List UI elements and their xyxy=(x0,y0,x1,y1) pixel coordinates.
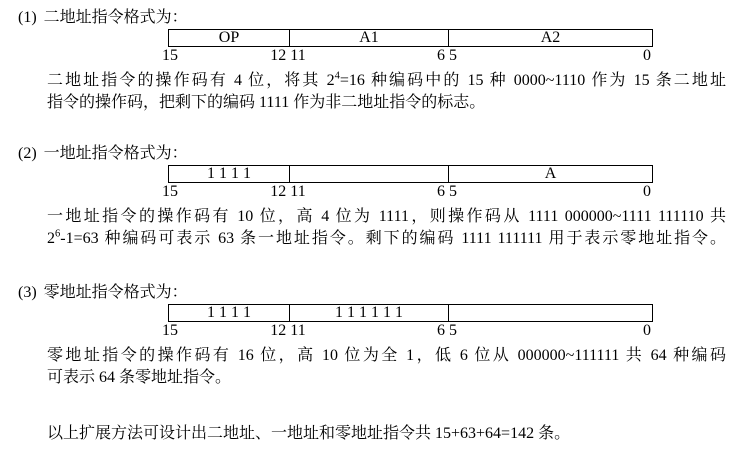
conclusion-paragraph: 以上扩展方法可设计出二地址、一地址和零地址指令共 15+63+64=142 条。 xyxy=(47,423,726,445)
bit-label-15: 15 xyxy=(162,48,178,64)
instruction-format-diagram: 1 1 1 1 1 1 1 1 1 1 15 12 11 6 5 0 xyxy=(168,304,653,340)
bit-label-0: 0 xyxy=(643,48,651,64)
section-paragraph: 一地址指令的操作码有 10 位，高 4 位为 1111，则操作码从 1111 0… xyxy=(47,206,726,250)
section-number: (2) xyxy=(18,145,37,162)
text-run: =16 种编码中的 15 种 0000~1110 作为 15 条二地址 xyxy=(340,72,726,89)
bit-label-15: 15 xyxy=(162,184,178,200)
section-number: (3) xyxy=(18,284,37,301)
field-opcode-111111: 1 1 1 1 1 1 xyxy=(289,305,448,321)
section-zero-address: (3)零地址指令格式为： 1 1 1 1 1 1 1 1 1 1 15 12 1… xyxy=(18,283,726,389)
document-page: (1)二地址指令格式为： OP A1 A2 15 12 11 6 5 0 二地址… xyxy=(0,0,746,474)
bit-label-0: 0 xyxy=(643,184,651,200)
bit-label-0: 0 xyxy=(643,323,651,339)
section-heading: (1)二地址指令格式为： xyxy=(18,8,726,28)
instruction-format-diagram: OP A1 A2 15 12 11 6 5 0 xyxy=(168,29,653,65)
section-heading: (2)一地址指令格式为： xyxy=(18,144,726,164)
bit-label-15: 15 xyxy=(162,323,178,339)
paragraph-line: 可表示 64 条零地址指令。 xyxy=(47,367,726,389)
conclusion-line: 以上扩展方法可设计出二地址、一地址和零地址指令共 15+63+64=142 条。 xyxy=(47,423,726,445)
field-a: A xyxy=(448,166,652,182)
text-run: 二地址指令的操作码有 4 位，将其 2 xyxy=(47,72,335,89)
bit-number-row: 15 12 11 6 5 0 xyxy=(168,183,653,201)
field-opcode-1111: 1 1 1 1 xyxy=(169,305,289,321)
section-heading: (3)零地址指令格式为： xyxy=(18,283,726,303)
section-one-address: (2)一地址指令格式为： 1 1 1 1 A 15 12 11 6 5 0 一地… xyxy=(18,144,726,250)
paragraph-line: 指令的操作码，把剩下的编码 1111 作为非二地址指令的标志。 xyxy=(47,92,726,114)
bit-label-12-11: 12 11 xyxy=(270,48,305,64)
bit-label-6-5: 6 5 xyxy=(437,48,457,64)
bit-number-row: 15 12 11 6 5 0 xyxy=(168,47,653,65)
text-run: 2 xyxy=(47,230,55,247)
bit-field-box: 1 1 1 1 A xyxy=(168,165,653,183)
section-number: (1) xyxy=(18,9,37,26)
section-two-address: (1)二地址指令格式为： OP A1 A2 15 12 11 6 5 0 二地址… xyxy=(18,8,726,114)
text-run: -1=63 种编码可表示 63 条一地址指令。剩下的编码 1111 111111… xyxy=(60,230,726,247)
section-paragraph: 零地址指令的操作码有 16 位，高 10 位为全 1，低 6 位从 000000… xyxy=(47,345,726,389)
paragraph-line: 一地址指令的操作码有 10 位，高 4 位为 1111，则操作码从 1111 0… xyxy=(47,206,726,228)
paragraph-line: 26-1=63 种编码可表示 63 条一地址指令。剩下的编码 1111 1111… xyxy=(47,228,726,250)
bit-field-box: 1 1 1 1 1 1 1 1 1 1 xyxy=(168,304,653,322)
section-title: 零地址指令格式为： xyxy=(44,284,188,301)
bit-field-box: OP A1 A2 xyxy=(168,29,653,47)
section-paragraph: 二地址指令的操作码有 4 位，将其 24=16 种编码中的 15 种 0000~… xyxy=(47,70,726,114)
bit-label-6-5: 6 5 xyxy=(437,184,457,200)
paragraph-line: 零地址指令的操作码有 16 位，高 10 位为全 1，低 6 位从 000000… xyxy=(47,345,726,367)
section-title: 一地址指令格式为： xyxy=(44,145,188,162)
bit-label-6-5: 6 5 xyxy=(437,323,457,339)
field-a2: A2 xyxy=(448,30,652,46)
field-op: OP xyxy=(169,30,289,46)
bit-label-12-11: 12 11 xyxy=(270,323,305,339)
field-opcode-1111: 1 1 1 1 xyxy=(169,166,289,182)
section-title: 二地址指令格式为： xyxy=(44,9,188,26)
field-opcode-ext xyxy=(289,166,448,182)
paragraph-line: 二地址指令的操作码有 4 位，将其 24=16 种编码中的 15 种 0000~… xyxy=(47,70,726,92)
field-unused xyxy=(448,305,652,321)
bit-label-12-11: 12 11 xyxy=(270,184,305,200)
field-a1: A1 xyxy=(289,30,448,46)
instruction-format-diagram: 1 1 1 1 A 15 12 11 6 5 0 xyxy=(168,165,653,201)
bit-number-row: 15 12 11 6 5 0 xyxy=(168,322,653,340)
